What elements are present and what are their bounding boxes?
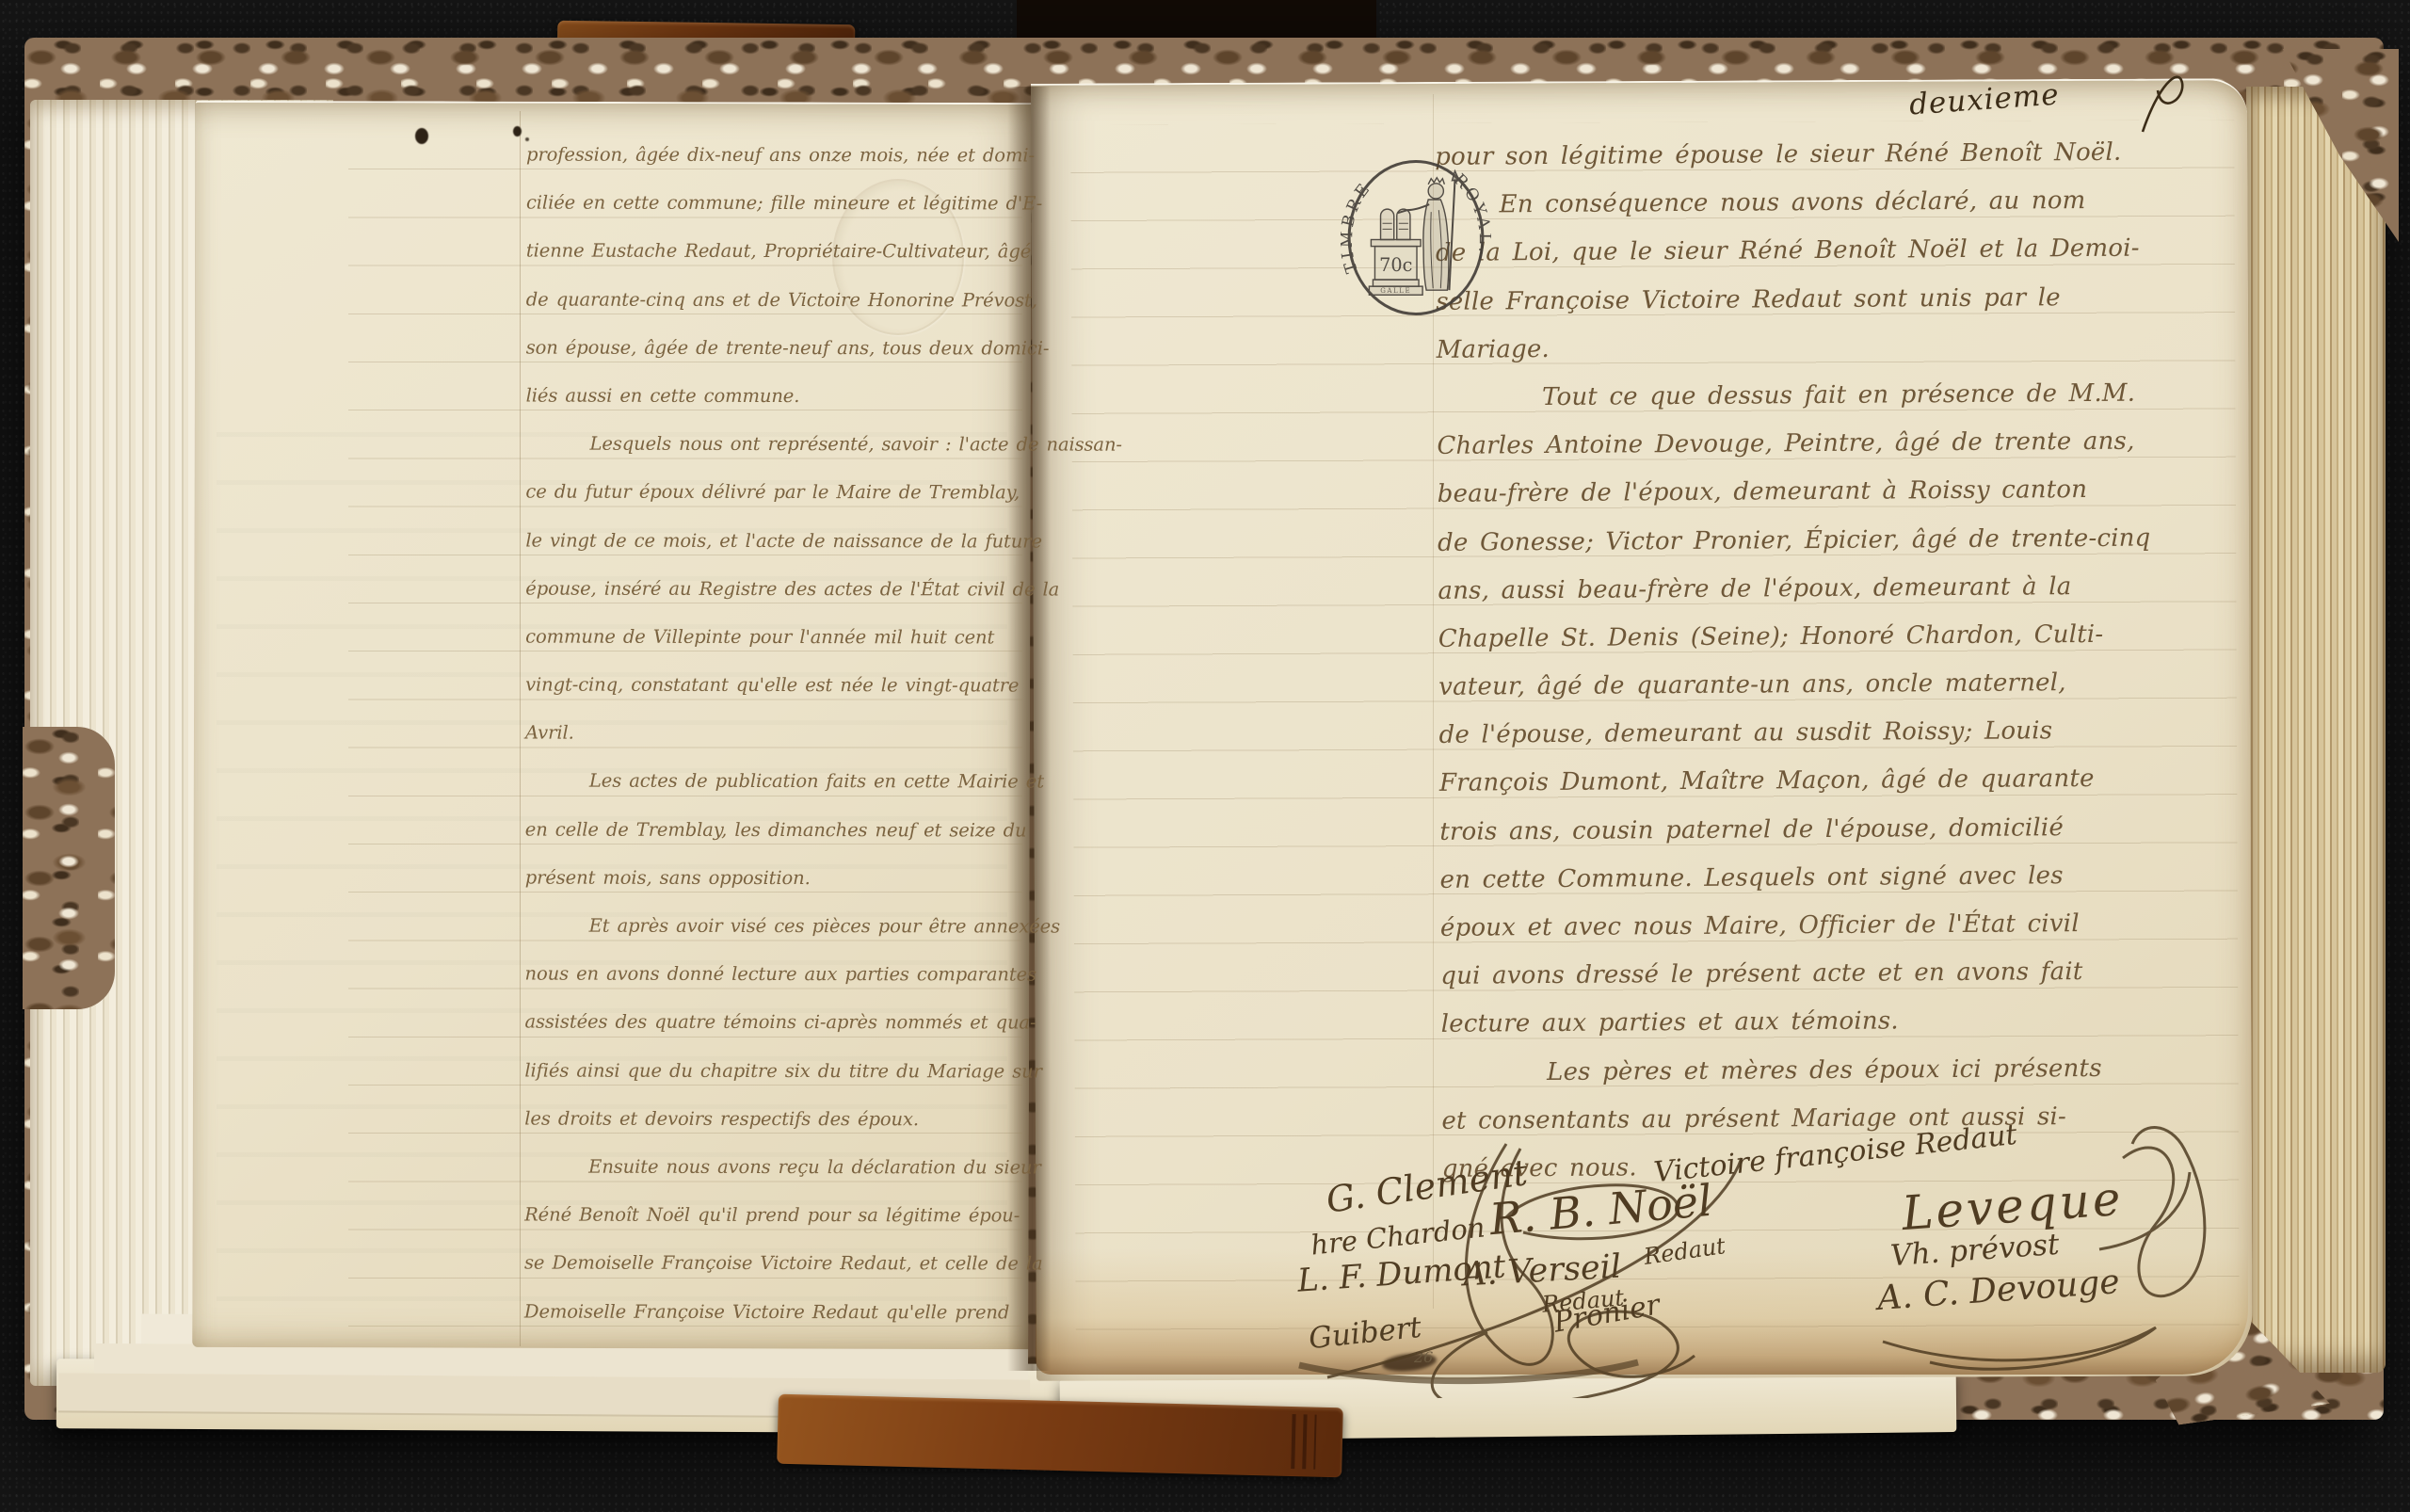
text-line: présent mois, sans opposition. bbox=[525, 853, 1015, 902]
text-line: Chapelle St. Denis (Seine); Honoré Chard… bbox=[1438, 610, 2201, 664]
text-line: lifiés ainsi que du chapitre six du titr… bbox=[524, 1046, 1014, 1095]
text-line: assistées des quatre témoins ci-après no… bbox=[524, 998, 1014, 1047]
text-line: Avril. bbox=[525, 709, 1015, 758]
text-line: tienne Eustache Redaut, Propriétaire-Cul… bbox=[526, 227, 1016, 276]
right-page-text: pour son légitime épouse le sieur Réné B… bbox=[1435, 128, 2205, 1194]
text-line: profession, âgée dix-neuf ans onze mois,… bbox=[526, 131, 1016, 180]
text-line: trois ans, cousin paternel de l'épouse, … bbox=[1439, 803, 2202, 857]
text-line: Mariage. bbox=[1437, 321, 2199, 375]
stamp-engraver: GALLE bbox=[1380, 286, 1411, 295]
left-page-text: profession, âgée dix-neuf ans onze mois,… bbox=[524, 131, 1016, 1337]
text-line: de l'épouse, demeurant au susdit Roissy;… bbox=[1438, 706, 2201, 760]
text-line: de quarante-cinq ans et de Victoire Hono… bbox=[526, 275, 1016, 324]
text-line: épouse, inséré au Registre des actes de … bbox=[525, 564, 1015, 613]
text-line: beau-frère de l'époux, demeurant à Roiss… bbox=[1438, 465, 2200, 519]
text-line: nous en avons donné lecture aux parties … bbox=[525, 950, 1015, 999]
right-page-edges bbox=[2246, 87, 2386, 1373]
ink-spot bbox=[415, 128, 428, 144]
text-line: en cette Commune. Lesquels ont signé ave… bbox=[1439, 851, 2202, 905]
text-line: les droits et devoirs respectifs des épo… bbox=[524, 1094, 1014, 1143]
text-line: son épouse, âgée de trente-neuf ans, tou… bbox=[526, 323, 1016, 372]
text-line: Ensuite nous avons reçu la déclaration d… bbox=[524, 1142, 1014, 1191]
svg-text:ROYAL.: ROYAL. bbox=[1450, 170, 1491, 257]
text-line: selle Françoise Victoire Redaut sont uni… bbox=[1436, 273, 2198, 327]
text-line: le vingt de ce mois, et l'acte de naissa… bbox=[525, 516, 1015, 565]
register-photo: profession, âgée dix-neuf ans onze mois,… bbox=[0, 0, 2410, 1512]
text-line: se Demoiselle Françoise Victoire Redaut,… bbox=[524, 1239, 1014, 1288]
text-line: Et après avoir visé ces pièces pour être… bbox=[525, 902, 1015, 951]
stamp-denomination: 70c bbox=[1379, 254, 1412, 276]
text-line: de la Loi, que le sieur Réné Benoît Noël… bbox=[1436, 225, 2198, 279]
text-line: Tout ce que dessus fait en présence de M… bbox=[1437, 369, 2199, 423]
text-line: Charles Antoine Devouge, Peintre, âgé de… bbox=[1437, 417, 2199, 471]
text-line: ce du futur époux délivré par le Maire d… bbox=[525, 468, 1015, 517]
text-line: Les pères et mères des époux ici présent… bbox=[1441, 1044, 2204, 1098]
text-line: Réné Benoît Noël qu'il prend pour sa lég… bbox=[524, 1191, 1014, 1240]
annotation-paraph-flourish bbox=[2129, 58, 2195, 143]
text-line: Demoiselle Françoise Victoire Redaut qu'… bbox=[524, 1287, 1014, 1336]
text-line: époux et avec nous Maire, Officier de l'… bbox=[1440, 899, 2203, 953]
text-line: vateur, âgé de quarante-un ans, oncle ma… bbox=[1438, 658, 2201, 712]
text-line: ans, aussi beau-frère de l'époux, demeur… bbox=[1438, 562, 2200, 616]
text-line: En conséquence nous avons déclaré, au no… bbox=[1435, 176, 2197, 230]
text-line: pour son légitime épouse le sieur Réné B… bbox=[1435, 128, 2197, 182]
text-line: ciliée en cette commune; fille mineure e… bbox=[526, 179, 1016, 228]
text-line: Les actes de publication faits en cette … bbox=[525, 757, 1015, 806]
text-line: de Gonesse; Victor Pronier, Épicier, âgé… bbox=[1438, 514, 2200, 568]
text-line: Lesquels nous ont représenté, savoir : l… bbox=[525, 420, 1015, 469]
text-line: vingt-cinq, constatant qu'elle est née l… bbox=[525, 661, 1015, 710]
svg-text:TIMBRE: TIMBRE bbox=[1341, 178, 1375, 275]
text-line: lecture aux parties et aux témoins. bbox=[1441, 996, 2204, 1050]
timbre-royal-stamp: TIMBRE ROYAL. 70c GALLE bbox=[1341, 154, 1491, 322]
text-line: liés aussi en cette commune. bbox=[526, 371, 1016, 420]
ink-spot bbox=[513, 126, 522, 137]
wood-strap-bottom bbox=[777, 1394, 1343, 1478]
stamp-arc-right-text: ROYAL. bbox=[1450, 170, 1491, 257]
text-line: en celle de Tremblay, les dimanches neuf… bbox=[525, 805, 1015, 854]
text-line: qui avons dressé le présent acte et en a… bbox=[1440, 947, 2203, 1001]
signature-flourishes bbox=[1271, 1106, 2231, 1398]
marbled-patch-left bbox=[23, 727, 115, 1009]
text-line: François Dumont, Maître Maçon, âgé de qu… bbox=[1439, 755, 2202, 809]
text-line: commune de Villepinte pour l'année mil h… bbox=[525, 612, 1015, 661]
stamp-arc-left-text: TIMBRE bbox=[1341, 178, 1375, 275]
